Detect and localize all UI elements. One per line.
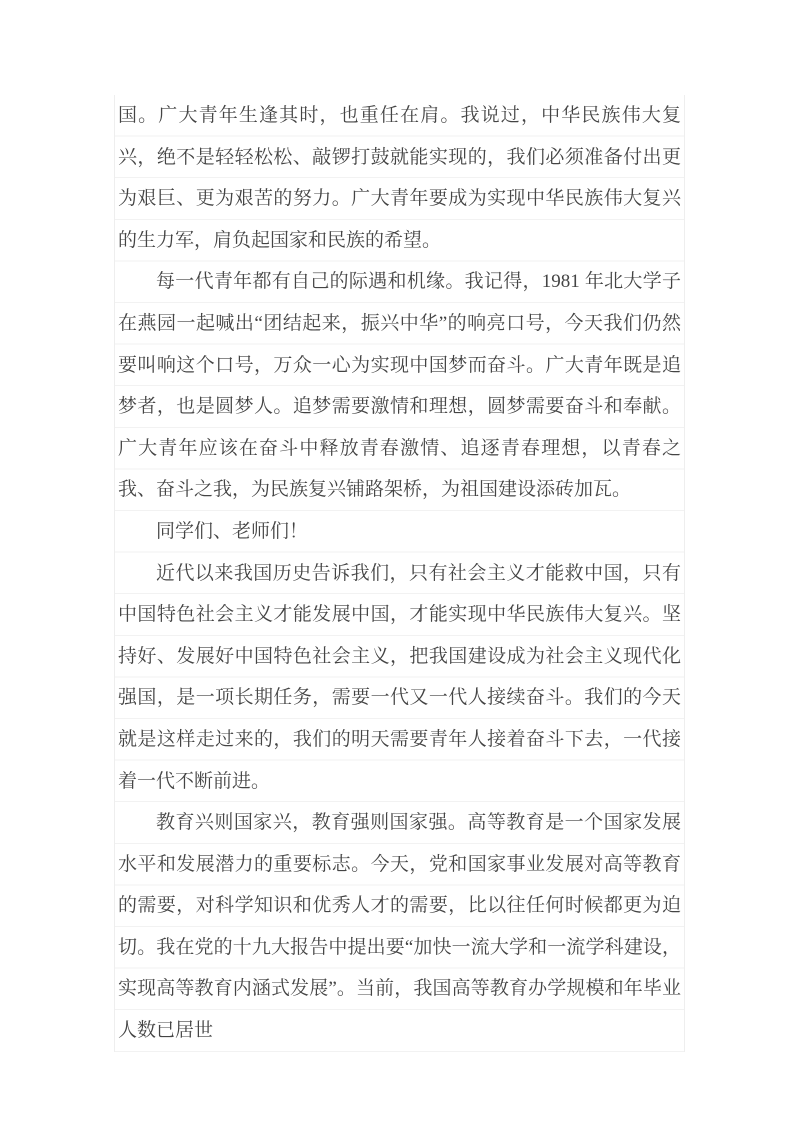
paragraph: 每一代青年都有自己的际遇和机缘。我记得，1981 年北大学子在燕园一起喊出“团结…	[118, 261, 681, 511]
paragraph-salutation: 同学们、老师们！	[118, 511, 681, 553]
paragraph: 近代以来我国历史告诉我们，只有社会主义才能救中国，只有中国特色社会主义才能发展中…	[118, 553, 681, 803]
paragraph: 国。广大青年生逢其时，也重任在肩。我说过，中华民族伟大复兴，绝不是轻轻松松、敲锣…	[118, 95, 681, 261]
paragraph: 教育兴则国家兴，教育强则国家强。高等教育是一个国家发展水平和发展潜力的重要标志。…	[118, 802, 681, 1052]
text-block: 国。广大青年生逢其时，也重任在肩。我说过，中华民族伟大复兴，绝不是轻轻松松、敲锣…	[114, 95, 685, 1052]
document-page: 国。广大青年生逢其时，也重任在肩。我说过，中华民族伟大复兴，绝不是轻轻松松、敲锣…	[0, 0, 794, 1123]
